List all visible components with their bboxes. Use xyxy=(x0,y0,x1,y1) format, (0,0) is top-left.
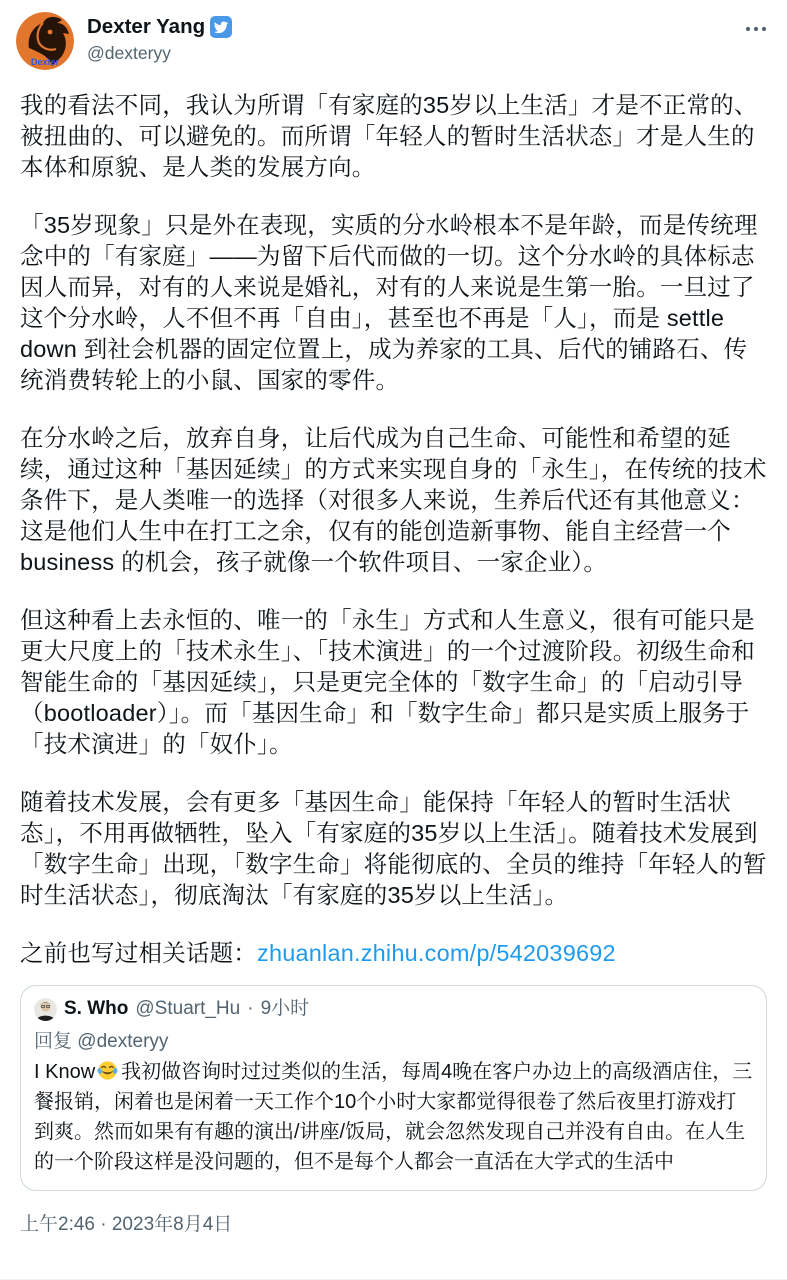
quoted-text-prefix: I Know xyxy=(34,1061,95,1083)
reply-prefix: 回复 xyxy=(34,1031,72,1052)
tweet-timestamp: 上午2:46 · 2023年8月4日 xyxy=(0,1191,787,1250)
svg-text:Dexter: Dexter xyxy=(31,57,60,67)
quoted-avatar-image xyxy=(34,998,57,1021)
author-name[interactable]: Dexter Yang xyxy=(87,15,205,39)
ellipsis-icon xyxy=(745,26,767,32)
quoted-author-handle: @Stuart_Hu xyxy=(135,997,240,1021)
reply-to-handle: @dexteryy xyxy=(77,1031,168,1052)
tweet-body: 我的看法不同，我认为所谓「有家庭的35岁以上生活」才是不正常的、被扭曲的、可以避… xyxy=(0,70,787,969)
meta-separator: · xyxy=(247,997,253,1021)
quoted-tweet-text: I Know我初做咨询时过过类似的生活，每周4晚在客户办边上的高级酒店住，三餐报… xyxy=(34,1057,753,1177)
tweet-detail-page: Dexter Dexter Yang @dexteryy xyxy=(0,0,787,1280)
tweet-text-paragraph: 但这种看上去永恒的、唯一的「永生」方式和人生意义，很有可能只是更大尺度上的「技术… xyxy=(20,605,767,760)
tweet-text-paragraph: 「35岁现象」只是外在表现，实质的分水岭根本不是年龄，而是传统理念中的「有家庭」… xyxy=(20,210,767,396)
avatar-image: Dexter xyxy=(16,12,74,70)
twitter-logo-badge-icon xyxy=(210,16,232,38)
zhihu-article-link[interactable]: zhuanlan.zhihu.com/p/542039692 xyxy=(257,940,616,966)
tweet-text-paragraph: 在分水岭之后，放弃自身，让后代成为自己生命、可能性和希望的延续，通过这种「基因延… xyxy=(20,423,767,578)
quoted-author-name[interactable]: S. Who xyxy=(64,997,128,1021)
quoted-author-avatar[interactable] xyxy=(34,998,57,1021)
link-line-prefix: 之前也写过相关话题： xyxy=(20,940,257,966)
quoted-reply-line: 回复 @dexteryy xyxy=(34,1026,753,1053)
tweet-header: Dexter Dexter Yang @dexteryy xyxy=(0,0,787,70)
quoted-tweet-time: 9小时 xyxy=(261,997,310,1021)
quoted-text-rest: 我初做咨询时过过类似的生活，每周4晚在客户办边上的高级酒店住，三餐报销，闲着也是… xyxy=(34,1061,752,1173)
author-avatar[interactable]: Dexter xyxy=(16,12,74,70)
tweet-link-line: 之前也写过相关话题：zhuanlan.zhihu.com/p/542039692 xyxy=(20,938,767,969)
author-handle[interactable]: @dexteryy xyxy=(87,43,232,64)
tweet-text-paragraph: 随着技术发展，会有更多「基因生命」能保持「年轻人的暂时生活状态」，不用再做牺牲，… xyxy=(20,787,767,911)
face-with-tears-of-joy-icon xyxy=(97,1060,118,1081)
tweet-text-paragraph: 我的看法不同，我认为所谓「有家庭的35岁以上生活」才是不正常的、被扭曲的、可以避… xyxy=(20,90,767,183)
quoted-tweet-header: S. Who @Stuart_Hu · 9小时 xyxy=(34,997,753,1021)
quoted-tweet-card[interactable]: S. Who @Stuart_Hu · 9小时 回复 @dexteryy I K… xyxy=(20,985,767,1191)
more-options-button[interactable] xyxy=(741,12,771,43)
author-identity: Dexter Yang @dexteryy xyxy=(87,12,232,64)
